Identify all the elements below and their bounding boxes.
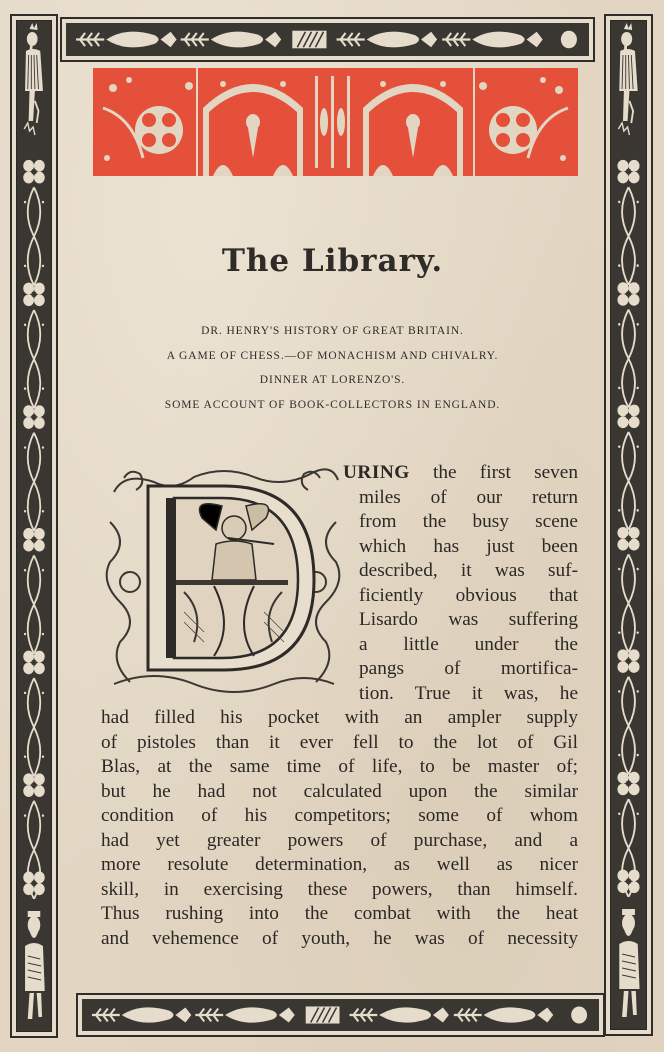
body-line: condition of his competitors; some of wh…: [101, 804, 578, 829]
body-line: Thus rushing into the combat with the he…: [101, 902, 578, 927]
body-line: from the busy scene: [359, 510, 578, 535]
chapter-contents: DR. HENRY'S HISTORY OF GREAT BRITAIN. A …: [60, 319, 605, 417]
body-line: described, it was suf-: [359, 559, 578, 584]
body-line: tion. True it was, he: [359, 682, 578, 707]
bottom-ornamental-band: [76, 993, 605, 1037]
piper-figure-icon: [611, 21, 646, 151]
foliate-scroll-icon: [66, 23, 589, 56]
body-line: and vehemence of youth, he was of necess…: [101, 927, 578, 952]
body-line: had filled his pocket with an ampler sup…: [101, 706, 578, 731]
lead-caps: URING: [343, 462, 410, 483]
body-line: had yet greater powers of purchase, and …: [101, 829, 578, 854]
body-line: URING the first seven: [343, 461, 578, 486]
body-line: of pistoles than it ever fell to the lot…: [101, 731, 578, 756]
foliate-scroll-icon: [82, 999, 599, 1031]
body-line: skill, in exercising these powers, than …: [101, 878, 578, 903]
body-line: a little under the: [359, 633, 578, 658]
vine-rosette-pattern: [17, 153, 51, 899]
page-title: The Library.: [60, 243, 605, 279]
body-line: ficiently obvious that: [359, 584, 578, 609]
body-line: miles of our return: [359, 486, 578, 511]
body-line: which has just been: [359, 535, 578, 560]
left-border: [10, 14, 58, 1038]
bearded-man-figure-icon: [611, 899, 646, 1029]
body-line: but he had not calculated upon the simil…: [101, 780, 578, 805]
subtitle-line: A GAME OF CHESS.—OF MONACHISM AND CHIVAL…: [60, 344, 605, 369]
body-line: Lisardo was suffering: [359, 608, 578, 633]
vine-rosette-pattern: [611, 153, 646, 897]
subtitle-line: SOME ACCOUNT OF BOOK-COLLECTORS IN ENGLA…: [60, 393, 605, 418]
piper-figure-icon: [17, 21, 51, 151]
subtitle-line: DR. HENRY'S HISTORY OF GREAT BRITAIN.: [60, 319, 605, 344]
body-line: Blas, at the same time of life, to be ma…: [101, 755, 578, 780]
subtitle-line: DINNER AT LORENZO'S.: [60, 368, 605, 393]
bearded-man-figure-icon: [17, 901, 51, 1031]
red-gothic-tracery-ornament: [93, 68, 578, 176]
top-ornamental-band: [60, 17, 595, 62]
body-line: pangs of mortifica-: [359, 657, 578, 682]
body-line: more resolute determination, as well as …: [101, 853, 578, 878]
right-border: [604, 14, 653, 1036]
drop-cap-d-illustration: [104, 462, 344, 698]
